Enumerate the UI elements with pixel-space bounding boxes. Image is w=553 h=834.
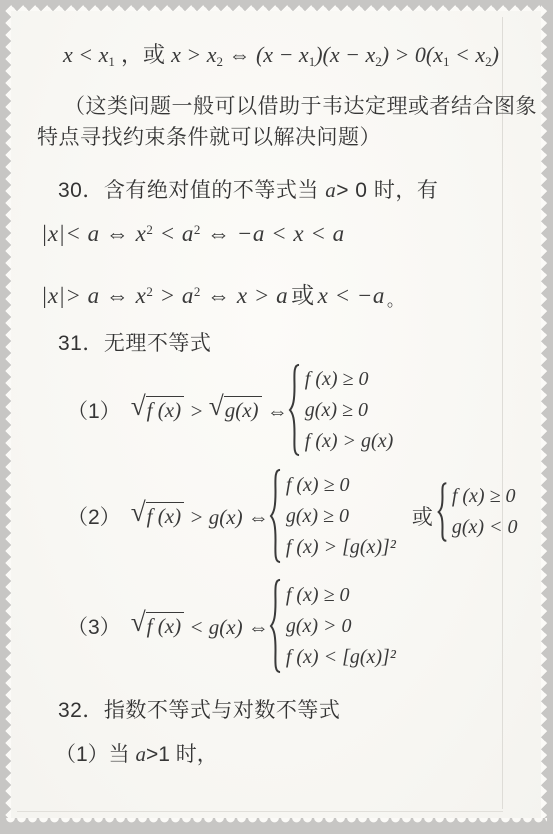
math-token: ⇔ x > a xyxy=(201,283,288,308)
formula-abs-less-than: |x|< a ⇔ x2 < a2 ⇔ −a < x < a xyxy=(41,221,345,247)
case-line: f (x) ≥ 0 xyxy=(305,364,393,395)
math-superscript: 2 xyxy=(194,222,201,237)
math-token: x < x xyxy=(63,42,108,67)
case-line: f (x) < [g(x)]² xyxy=(286,642,396,673)
heading-30-absolute-value: 30．含有绝对值的不等式当 a> 0 时，有 xyxy=(58,174,438,204)
curly-brace-left xyxy=(269,468,282,564)
math-token: ⇔ −a < x < a xyxy=(201,221,345,246)
formula-abs-greater-than: |x|> a ⇔ x2 > a2 ⇔ x > a或x < −a。 xyxy=(41,277,404,311)
irrational-case-1: （1） √f (x) > √g(x) ⇔ f (x) ≥ 0 g(x) ≥ 0 … xyxy=(67,363,393,457)
curly-brace-left xyxy=(437,482,448,542)
exp-log-case-1: （1）当 a>1 时， xyxy=(55,738,218,768)
case-lines: f (x) ≥ 0 g(x) ≥ 0 f (x) > [g(x)]² xyxy=(286,470,396,563)
case-line: f (x) ≥ 0 xyxy=(452,481,518,512)
math-token: ) > 0(x xyxy=(382,42,443,67)
math-superscript: 2 xyxy=(194,284,201,299)
radical-sign: √ xyxy=(209,393,224,420)
math-token: < a xyxy=(153,221,194,246)
case-line: f (x) ≥ 0 xyxy=(286,470,396,501)
heading-text: 30．含有绝对值的不等式当 xyxy=(58,179,325,202)
text-token: >1 时， xyxy=(146,743,218,766)
scanned-math-notes-page: { "colors": { "frame": "#c7c6c4", "sheet… xyxy=(0,0,553,834)
sqrt-radicand: g(x) xyxy=(224,396,262,423)
math-token: ⇔ (x − x xyxy=(223,42,309,67)
radical-sign: √ xyxy=(131,499,146,526)
item-label: （2） xyxy=(67,501,121,531)
paper-sheet: x < x1 ，或 x > x2 ⇔ (x − x1)(x − x2) > 0(… xyxy=(5,5,547,825)
math-token: < g(x) ⇔ xyxy=(184,615,269,639)
notes-content: x < x1 ，或 x > x2 ⇔ (x − x1)(x − x2) > 0(… xyxy=(11,11,541,819)
case-system: f (x) ≥ 0 g(x) < 0 xyxy=(437,481,518,543)
sqrt-radicand: f (x) xyxy=(146,502,184,529)
perforation-edge-bottom xyxy=(5,818,547,825)
perforation-edge-right xyxy=(541,5,547,825)
case-system: f (x) ≥ 0 g(x) > 0 f (x) < [g(x)]² xyxy=(269,578,396,674)
curly-brace-left xyxy=(288,363,301,457)
item-label: （3） xyxy=(67,611,121,641)
irrational-case-3: （3） √f (x) < g(x) ⇔ f (x) ≥ 0 g(x) > 0 f… xyxy=(67,578,396,674)
case-system: f (x) ≥ 0 g(x) ≥ 0 f (x) > [g(x)]² xyxy=(269,468,396,564)
math-token-period: 。 xyxy=(387,291,405,310)
case-line: g(x) > 0 xyxy=(286,611,396,642)
math-token: |x|< a ⇔ x xyxy=(41,221,146,246)
curly-brace-left xyxy=(269,578,282,674)
math-token: |x|> a ⇔ x xyxy=(41,283,146,308)
math-token: > a xyxy=(153,283,194,308)
math-token: x < −a xyxy=(318,283,385,308)
formula-lead: √f (x) > g(x) ⇔ xyxy=(131,502,269,530)
case-lines: f (x) ≥ 0 g(x) ≥ 0 f (x) > g(x) xyxy=(305,364,393,457)
or-connector: 或 xyxy=(412,501,433,531)
math-token: x > x xyxy=(171,42,216,67)
sqrt-radicand: f (x) xyxy=(146,612,184,639)
case-line: f (x) > g(x) xyxy=(305,426,393,457)
case-line: g(x) ≥ 0 xyxy=(286,501,396,532)
case-system: f (x) ≥ 0 g(x) ≥ 0 f (x) > g(x) xyxy=(288,363,393,457)
math-token-or: ，或 xyxy=(115,42,171,67)
heading-32-exponential-logarithmic: 32．指数不等式与对数不等式 xyxy=(58,694,340,724)
case-lines: f (x) ≥ 0 g(x) < 0 xyxy=(452,481,518,543)
sqrt-expression: √f (x) xyxy=(131,396,184,423)
formula-lead: √f (x) > √g(x) ⇔ xyxy=(131,396,288,424)
sqrt-expression: √f (x) xyxy=(131,612,184,639)
case-line: g(x) < 0 xyxy=(452,512,518,543)
math-token: ) xyxy=(492,42,499,67)
case-lines: f (x) ≥ 0 g(x) > 0 f (x) < [g(x)]² xyxy=(286,580,396,673)
math-token: )(x − x xyxy=(315,42,375,67)
heading-31-irrational-inequalities: 31．无理不等式 xyxy=(58,327,211,357)
case-line: f (x) ≥ 0 xyxy=(286,580,396,611)
heading-text: > 0 时，有 xyxy=(336,179,438,202)
math-token: > g(x) ⇔ xyxy=(184,505,269,529)
math-var-a: a xyxy=(325,178,336,202)
math-token-or: 或 xyxy=(291,282,315,308)
note-paragraph: （这类问题一般可以借助于韦达定理或者结合图象特点寻找约束条件就可以解决问题） xyxy=(37,91,539,153)
math-token: > xyxy=(184,399,209,423)
radical-sign: √ xyxy=(131,609,146,636)
formula-quadratic-root-intervals: x < x1 ，或 x > x2 ⇔ (x − x1)(x − x2) > 0(… xyxy=(63,38,499,70)
case-line: g(x) ≥ 0 xyxy=(305,395,393,426)
math-var-a: a xyxy=(136,742,147,766)
sqrt-expression: √g(x) xyxy=(209,396,262,423)
math-token: < x xyxy=(449,42,485,67)
radical-sign: √ xyxy=(131,393,146,420)
formula-lead: √f (x) < g(x) ⇔ xyxy=(131,612,269,640)
item-label: （1） xyxy=(67,395,121,425)
sqrt-radicand: f (x) xyxy=(146,396,184,423)
text-token: （1）当 xyxy=(55,743,136,766)
sqrt-expression: √f (x) xyxy=(131,502,184,529)
irrational-case-2: （2） √f (x) > g(x) ⇔ f (x) ≥ 0 g(x) ≥ 0 f… xyxy=(67,468,518,564)
math-token: ⇔ xyxy=(262,399,288,423)
case-line: f (x) > [g(x)]² xyxy=(286,532,396,563)
